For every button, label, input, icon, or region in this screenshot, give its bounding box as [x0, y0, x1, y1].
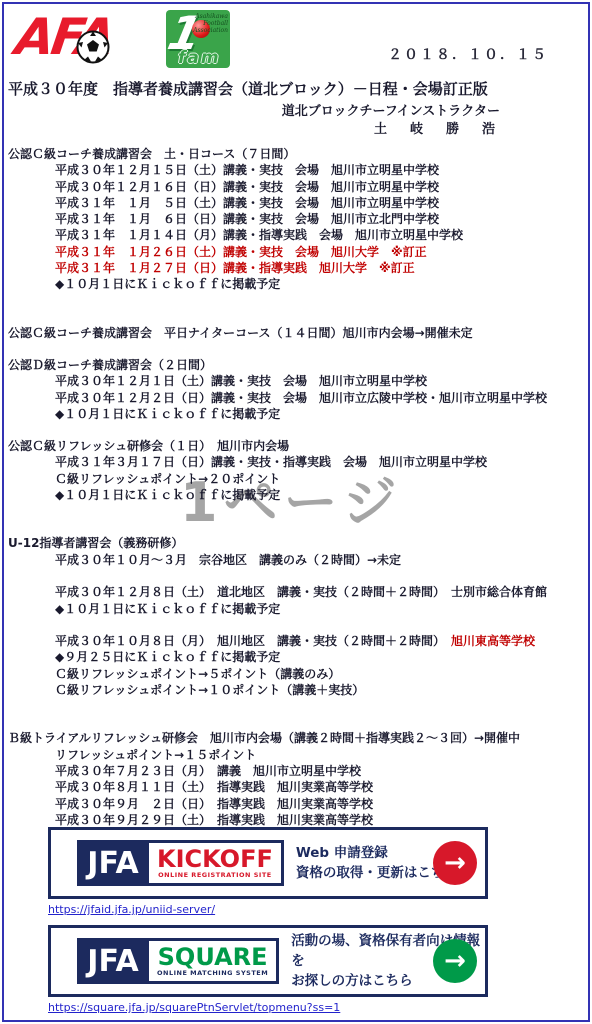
- schedule-text: 平成３０年１０月８日（月） 旭川地区 講義・実技（２時間＋２時間）: [55, 634, 451, 648]
- schedule-text: 平成３０年１２月１５日（土）講義・実技 会場 旭川市立明星中学校: [55, 163, 439, 177]
- schedule-line: Ｃ級リフレッシュポイント→１０ポイント（講義＋実技）: [8, 682, 586, 698]
- schedule-text: 平成３０年９月２９日（土） 指導実践 旭川実業高等学校: [55, 813, 373, 827]
- schedule-text: 平成３０年７月２３日（月） 講義 旭川市立明星中学校: [55, 764, 361, 778]
- jfa-kickoff-banner[interactable]: JFA KICKOFF ONLINE REGISTRATION SITE Web…: [48, 827, 488, 899]
- schedule-line: 平成３０年１０月～３月 宗谷地区 講義のみ（２時間）→未定: [8, 552, 586, 568]
- schedule-text: ◆１０月１日にＫｉｃｋｏｆｆに掲載予定: [55, 602, 280, 616]
- schedule-text: 平成３０年１２月８日（土） 道北地区 講義・実技（２時間＋２時間） 士別市総合体…: [55, 585, 547, 599]
- schedule-line: 平成３１年 １月２６日（土）講義・実技 会場 旭川大学 ※訂正: [8, 244, 586, 260]
- schedule-line: 平成３１年 １月２７日（日）講義・指導実践 旭川大学 ※訂正: [8, 260, 586, 276]
- blank-line: [8, 617, 586, 633]
- square-logo: SQUARE ONLINE MATCHING SYSTEM: [149, 938, 279, 984]
- document-date: ２０１８．１０．１５: [388, 44, 548, 64]
- schedule-text: ◆９月２５日にＫｉｃｋｏｆｆに掲載予定: [55, 650, 280, 664]
- schedule-text: リフレッシュポイント→１５ポイント: [55, 748, 256, 762]
- emblem-text-line: Association: [193, 27, 228, 34]
- schedule-line: ◆９月２５日にＫｉｃｋｏｆｆに掲載予定: [8, 649, 586, 665]
- schedule-text: Ｃ級リフレッシュポイント→２０ポイント: [55, 472, 280, 486]
- correction-text: 平成３１年 １月２７日（日）講義・指導実践 旭川大学 ※訂正: [55, 261, 415, 275]
- schedule-line: 平成３０年１０月８日（月） 旭川地区 講義・実技（２時間＋２時間） 旭川東高等学…: [8, 633, 586, 649]
- schedule-line: 平成３１年３月１７日（日）講義・実技・指導実践 会場 旭川市立明星中学校: [8, 454, 586, 470]
- schedule-text: 平成３１年 １月 ６日（日）講義・実技 会場 旭川市立北門中学校: [55, 212, 439, 226]
- section: 公認Ｃ級コーチ養成講習会 平日ナイターコース（１４日間）旭川市内会場→開催未定: [8, 325, 586, 341]
- square-logo-subtext: ONLINE MATCHING SYSTEM: [157, 969, 268, 977]
- schedule-text: Ｃ級リフレッシュポイント→５ポイント（講義のみ）: [55, 667, 340, 681]
- section-header: U-12指導者講習会（義務研修）: [8, 535, 586, 551]
- emblem-text-line: Football: [193, 20, 228, 27]
- schedule-text: 平成３１年 １月１４日（月）講義・指導実践 会場 旭川市立明星中学校: [55, 228, 463, 242]
- schedule-line: Ｃ級リフレッシュポイント→５ポイント（講義のみ）: [8, 666, 586, 682]
- schedule-text: 平成３１年３月１７日（日）講義・実技・指導実践 会場 旭川市立明星中学校: [55, 455, 487, 469]
- schedule-text: 平成３１年 １月 ５日（土）講義・実技 会場 旭川市立明星中学校: [55, 196, 439, 210]
- section-header: 公認Ｄ級コーチ養成講習会（２日間）: [8, 357, 586, 373]
- page-title: 平成３０年度 指導者養成講習会（道北ブロック）－日程・会場訂正版: [8, 78, 488, 99]
- schedule-line: 平成３０年１２月８日（土） 道北地区 講義・実技（２時間＋２時間） 士別市総合体…: [8, 584, 586, 600]
- section-header: 公認Ｃ級コーチ養成講習会 土・日コース（７日間）: [8, 146, 586, 162]
- schedule-line: ◆１０月１日にＫｉｃｋｏｆｆに掲載予定: [8, 276, 586, 292]
- sections: 公認Ｃ級コーチ養成講習会 土・日コース（７日間）平成３０年１２月１５日（土）講義…: [8, 146, 586, 828]
- section: U-12指導者講習会（義務研修）平成３０年１０月～３月 宗谷地区 講義のみ（２時…: [8, 535, 586, 698]
- schedule-text: ◆１０月１日にＫｉｃｋｏｆｆに掲載予定: [55, 488, 280, 502]
- schedule-text: 平成３０年１０月～３月 宗谷地区 講義のみ（２時間）→未定: [55, 553, 401, 567]
- schedule-line: 平成３１年 １月 ６日（日）講義・実技 会場 旭川市立北門中学校: [8, 211, 586, 227]
- schedule-text: ◆１０月１日にＫｉｃｋｏｆｆに掲載予定: [55, 407, 280, 421]
- kickoff-logo-subtext: ONLINE REGISTRATION SITE: [158, 871, 272, 879]
- schedule-line: Ｃ級リフレッシュポイント→２０ポイント: [8, 471, 586, 487]
- section: 公認Ｄ級コーチ養成講習会（２日間）平成３０年１２月１日（土）講義・実技 会場 旭…: [8, 357, 586, 422]
- section-header: 公認Ｃ級リフレッシュ研修会（１日） 旭川市内会場: [8, 438, 586, 454]
- association-logo: AFA 1 Asahikawa Football Association fam: [16, 8, 226, 68]
- schedule-text: 平成３０年８月１１日（土） 指導実践 旭川実業高等学校: [55, 780, 373, 794]
- arrow-right-icon: →: [433, 841, 477, 885]
- square-url-link[interactable]: https://square.jfa.jp/squarePtnServlet/t…: [48, 1001, 340, 1014]
- section: 公認Ｃ級リフレッシュ研修会（１日） 旭川市内会場平成３１年３月１７日（日）講義・…: [8, 438, 586, 503]
- schedule-text: 平成３０年９月 ２日（日） 指導実践 旭川実業高等学校: [55, 797, 373, 811]
- emblem-association-text: Asahikawa Football Association: [193, 13, 228, 34]
- schedule-line: 平成３０年９月２９日（土） 指導実践 旭川実業高等学校: [8, 812, 586, 828]
- kickoff-logo: KICKOFF ONLINE REGISTRATION SITE: [149, 840, 284, 886]
- schedule-line: 平成３０年１２月１５日（土）講義・実技 会場 旭川市立明星中学校: [8, 162, 586, 178]
- schedule-text: Ｃ級リフレッシュポイント→１０ポイント（講義＋実技）: [55, 683, 364, 697]
- anniversary-emblem: 1 Asahikawa Football Association fam: [166, 10, 230, 68]
- schedule-text: 平成３０年１２月１日（土）講義・実技 会場 旭川市立明星中学校: [55, 374, 427, 388]
- kickoff-url-link[interactable]: https://jfaid.jfa.jp/uniid-server/: [48, 903, 215, 916]
- schedule-line: ◆１０月１日にＫｉｃｋｏｆｆに掲載予定: [8, 406, 586, 422]
- schedule-line: 平成３１年 １月 ５日（土）講義・実技 会場 旭川市立明星中学校: [8, 195, 586, 211]
- schedule-line: ◆１０月１日にＫｉｃｋｏｆｆに掲載予定: [8, 487, 586, 503]
- instructor-name: 土 岐 勝 浩: [374, 118, 500, 137]
- arrow-right-icon: →: [433, 939, 477, 983]
- soccer-ball-icon: [76, 30, 110, 68]
- correction-text: 平成３１年 １月２６日（土）講義・実技 会場 旭川大学 ※訂正: [55, 245, 427, 259]
- square-logo-text: SQUARE: [158, 945, 268, 969]
- jfa-logo: JFA: [77, 938, 149, 984]
- document-page: AFA 1 Asahikawa Football Association fam: [0, 0, 592, 1024]
- instructor-role: 道北ブロックチーフインストラクター: [282, 100, 500, 119]
- schedule-line: リフレッシュポイント→１５ポイント: [8, 747, 586, 763]
- schedule-line: 平成３０年１２月１日（土）講義・実技 会場 旭川市立明星中学校: [8, 373, 586, 389]
- kickoff-logo-text: KICKOFF: [157, 847, 273, 871]
- schedule-line: 平成３０年１２月１６日（日）講義・実技 会場 旭川市立明星中学校: [8, 179, 586, 195]
- schedule-line: 平成３０年７月２３日（月） 講義 旭川市立明星中学校: [8, 763, 586, 779]
- schedule-line: 平成３０年１２月２日（日）講義・実技 会場 旭川市立広陵中学校・旭川市立明星中学…: [8, 390, 586, 406]
- section: 公認Ｃ級コーチ養成講習会 土・日コース（７日間）平成３０年１２月１５日（土）講義…: [8, 146, 586, 293]
- section-header: Ｂ級トライアルリフレッシュ研修会 旭川市内会場（講義２時間＋指導実践２～３回）→…: [8, 730, 586, 746]
- schedule-line: 平成３０年８月１１日（土） 指導実践 旭川実業高等学校: [8, 779, 586, 795]
- section-header: 公認Ｃ級コーチ養成講習会 平日ナイターコース（１４日間）旭川市内会場→開催未定: [8, 325, 586, 341]
- section: Ｂ級トライアルリフレッシュ研修会 旭川市内会場（講義２時間＋指導実践２～３回）→…: [8, 730, 586, 828]
- schedule-line: 平成３０年９月 ２日（日） 指導実践 旭川実業高等学校: [8, 796, 586, 812]
- correction-text: 旭川東高等学校: [451, 634, 535, 648]
- schedule-line: ◆１０月１日にＫｉｃｋｏｆｆに掲載予定: [8, 601, 586, 617]
- schedule-line: 平成３１年 １月１４日（月）講義・指導実践 会場 旭川市立明星中学校: [8, 227, 586, 243]
- jfa-square-banner[interactable]: JFA SQUARE ONLINE MATCHING SYSTEM 活動の場、資…: [48, 925, 488, 997]
- emblem-script-text: fam: [178, 48, 221, 68]
- schedule-text: ◆１０月１日にＫｉｃｋｏｆｆに掲載予定: [55, 277, 280, 291]
- jfa-logo: JFA: [77, 840, 149, 886]
- schedule-text: 平成３０年１２月２日（日）講義・実技 会場 旭川市立広陵中学校・旭川市立明星中学…: [55, 391, 547, 405]
- emblem-text-line: Asahikawa: [193, 13, 228, 20]
- schedule-text: 平成３０年１２月１６日（日）講義・実技 会場 旭川市立明星中学校: [55, 180, 439, 194]
- blank-line: [8, 568, 586, 584]
